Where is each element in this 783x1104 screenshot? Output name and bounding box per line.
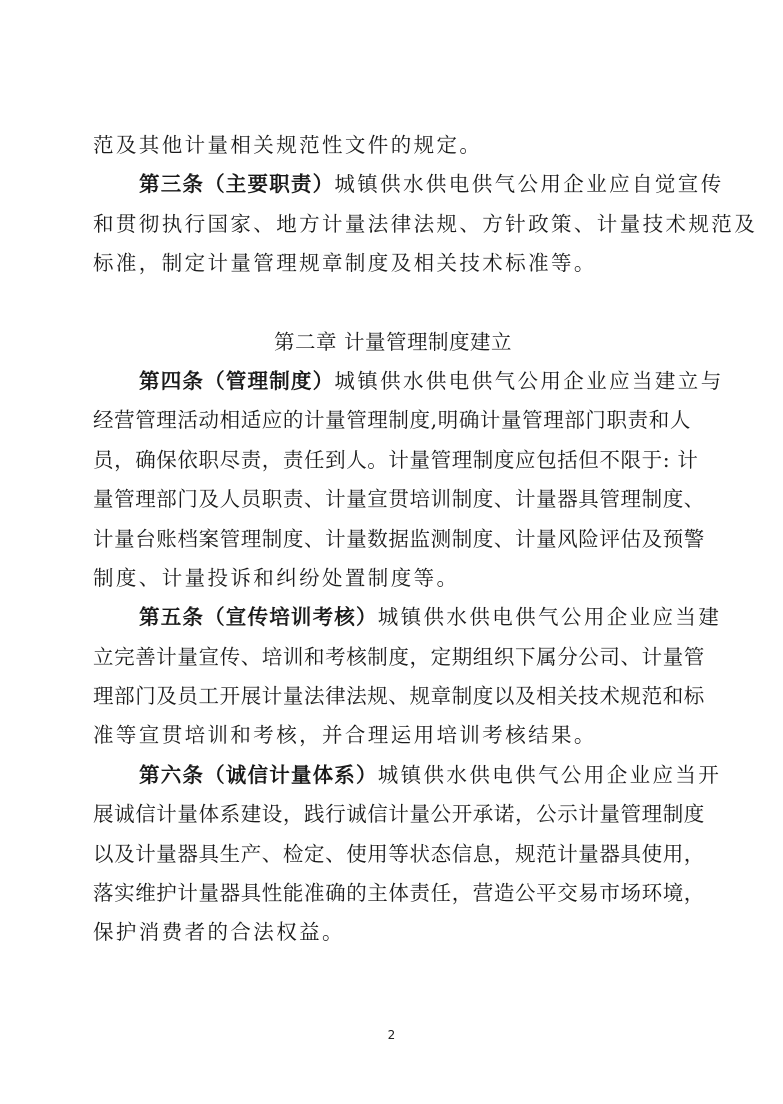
blank-line xyxy=(93,284,691,323)
article-3-heading-line: 第三条（主要职责）城镇供水供电供气公用企业应自觉宣传 xyxy=(93,165,691,204)
article-5-heading-line: 第五条（宣传培训考核）城镇供水供电供气公用企业应当建 xyxy=(93,598,691,637)
paragraph-line: 准等宣贯培训和考核，并合理运用培训考核结果。 xyxy=(93,716,691,755)
paragraph-line: 落实维护计量器具性能准确的主体责任，营造公平交易市场环境， xyxy=(93,874,691,913)
paragraph-line: 计量台账档案管理制度、计量数据监测制度、计量风险评估及预警 xyxy=(93,520,691,559)
paragraph-line: 和贯彻执行国家、地方计量法律法规、方针政策、计量技术规范及 xyxy=(93,205,691,244)
paragraph-line: 理部门及员工开展计量法律法规、规章制度以及相关技术规范和标 xyxy=(93,677,691,716)
article-label: 第五条 xyxy=(139,605,204,629)
document-body: 范及其他计量相关规范性文件的规定。 第三条（主要职责）城镇供水供电供气公用企业应… xyxy=(93,126,691,953)
paragraph-line: 标准，制定计量管理规章制度及相关技术标准等。 xyxy=(93,244,691,283)
article-title: （主要职责） xyxy=(204,172,334,196)
article-label: 第六条 xyxy=(139,763,204,787)
chapter-heading: 第二章 计量管理制度建立 xyxy=(93,323,691,362)
paragraph-line: 经营管理活动相适应的计量管理制度,明确计量管理部门职责和人 xyxy=(93,401,691,440)
paragraph-line: 量管理部门及人员职责、计量宣贯培训制度、计量器具管理制度、 xyxy=(93,480,691,519)
paragraph-line: 员，确保依职尽责，责任到人。计量管理制度应包括但不限于: 计 xyxy=(93,441,691,480)
document-page: 范及其他计量相关规范性文件的规定。 第三条（主要职责）城镇供水供电供气公用企业应… xyxy=(0,0,783,1104)
paragraph-line: 立完善计量宣传、培训和考核制度，定期组织下属分公司、计量管 xyxy=(93,638,691,677)
paragraph-line: 制度、计量投诉和纠纷处置制度等。 xyxy=(93,559,691,598)
article-6-heading-line: 第六条（诚信计量体系）城镇供水供电供气公用企业应当开 xyxy=(93,756,691,795)
article-text: 城镇供水供电供气公用企业应当开 xyxy=(378,763,722,787)
article-title: （诚信计量体系） xyxy=(204,763,378,787)
article-text: 城镇供水供电供气公用企业应当建 xyxy=(378,605,722,629)
article-text: 城镇供水供电供气公用企业应当建立与 xyxy=(334,369,723,393)
article-label: 第三条 xyxy=(139,172,204,196)
paragraph-line: 展诚信计量体系建设，践行诚信计量公开承诺，公示计量管理制度 xyxy=(93,795,691,834)
article-text: 城镇供水供电供气公用企业应自觉宣传 xyxy=(334,172,723,196)
page-number: 2 xyxy=(0,1028,783,1042)
paragraph-line: 范及其他计量相关规范性文件的规定。 xyxy=(93,126,691,165)
article-4-heading-line: 第四条（管理制度）城镇供水供电供气公用企业应当建立与 xyxy=(93,362,691,401)
paragraph-line: 保护消费者的合法权益。 xyxy=(93,913,691,952)
paragraph-line: 以及计量器具生产、检定、使用等状态信息，规范计量器具使用， xyxy=(93,835,691,874)
article-title: （宣传培训考核） xyxy=(204,605,378,629)
article-title: （管理制度） xyxy=(204,369,334,393)
article-label: 第四条 xyxy=(139,369,204,393)
